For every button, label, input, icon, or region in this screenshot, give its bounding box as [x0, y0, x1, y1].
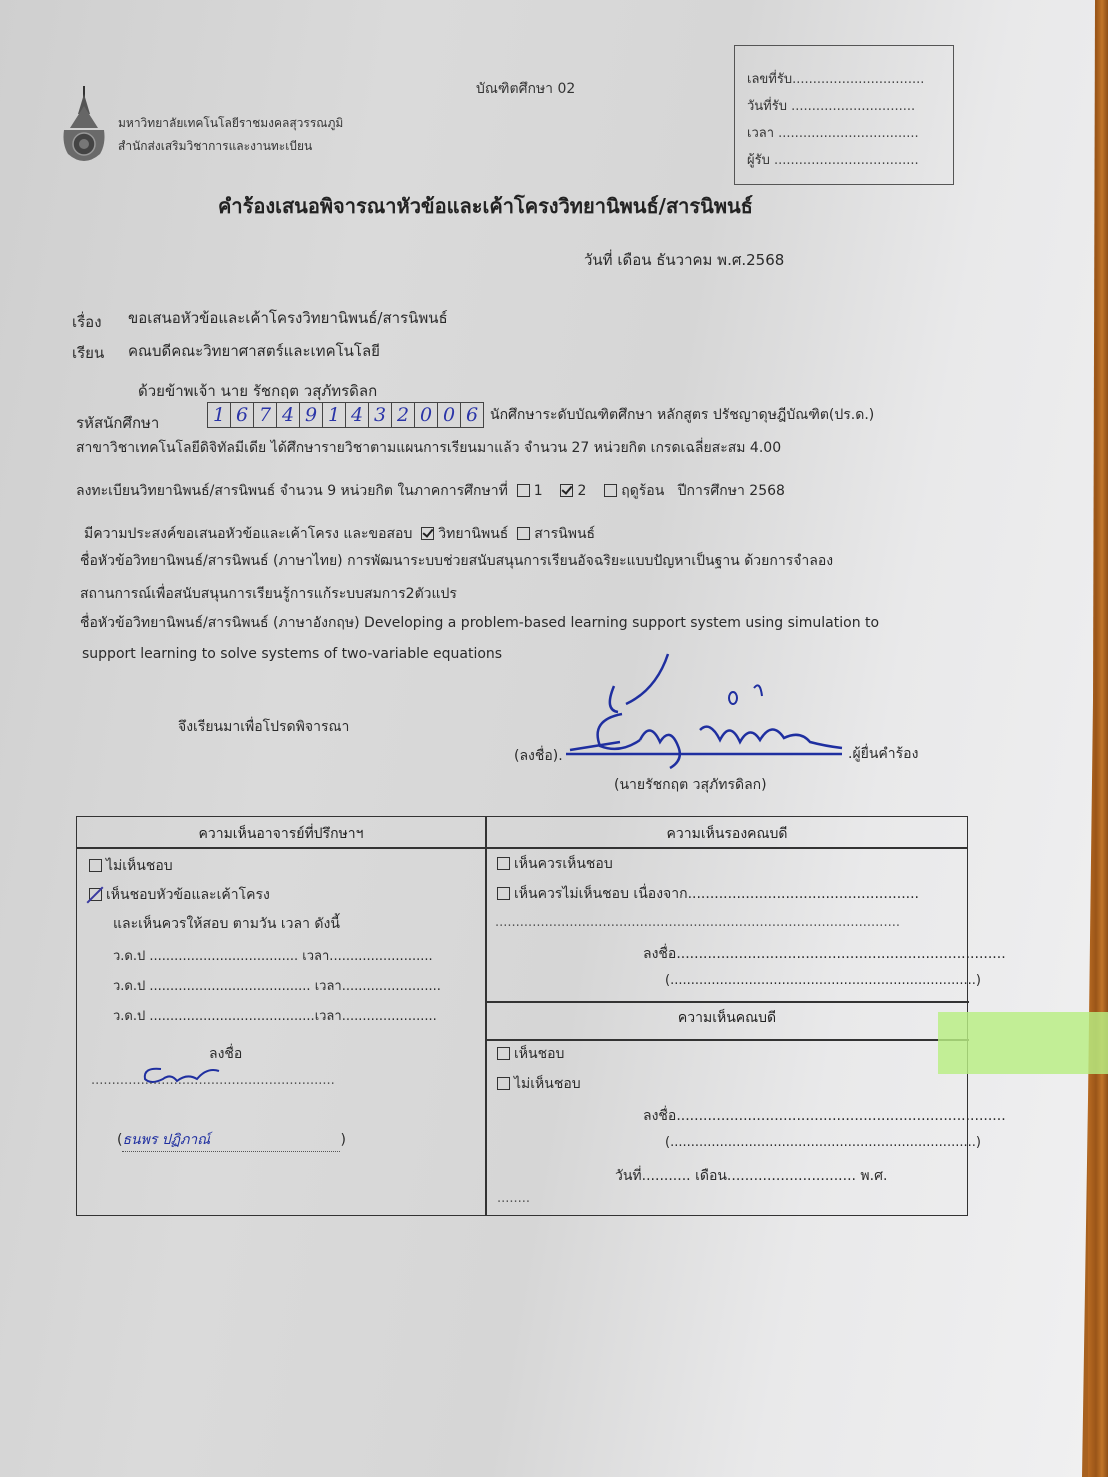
advisor-option-reject: ไม่เห็นชอบ	[89, 855, 173, 877]
schedule-row[interactable]: ว.ด.ป ..................................…	[113, 945, 433, 966]
field-label: เวลา	[747, 126, 774, 141]
advisor-header: ความเห็นอาจารย์ที่ปรึกษาฯ	[77, 823, 485, 845]
subject-label: เรื่อง	[72, 310, 102, 334]
receipt-time-field[interactable]: เวลา ..................................	[747, 122, 919, 143]
semester-1-checkbox[interactable]	[517, 484, 530, 497]
receiver-field[interactable]: ผู้รับ .................................…	[747, 149, 919, 170]
advisor-option-approve: เห็นชอบหัวข้อและเค้าโครง	[89, 884, 270, 906]
field-dots: ..............................	[791, 99, 915, 114]
student-id-label: รหัสนักศึกษา	[76, 411, 159, 435]
program-text: นักศึกษาระดับบัณฑิตศึกษา หลักสูตร ปรัชญา…	[490, 404, 874, 426]
dean-reject-checkbox[interactable]	[497, 1077, 510, 1090]
registration-line: ลงทะเบียนวิทยานิพนธ์/สารนิพนธ์ จำนวน 9 ห…	[76, 480, 785, 502]
assoc-reject-checkbox[interactable]	[497, 887, 510, 900]
receipt-box: เลขที่รับ...............................…	[734, 45, 954, 185]
recipient-text: คณบดีคณะวิทยาศาสตร์และเทคโนโลยี	[128, 339, 380, 363]
student-id-digit: 0	[438, 403, 461, 427]
advisor-reject-label: ไม่เห็นชอบ	[106, 858, 173, 874]
thesis-checkbox[interactable]	[421, 527, 434, 540]
student-id-digit: 6	[461, 403, 483, 427]
subject-text: ขอเสนอหัวข้อและเค้าโครงวิทยานิพนธ์/สารนิ…	[128, 306, 448, 330]
schedule-date: ว.ด.ป ..................................…	[113, 949, 298, 964]
dean-approve-label: เห็นชอบ	[514, 1046, 564, 1062]
schedule-date: ว.ด.ป ..................................…	[113, 1009, 315, 1024]
english-title-line-1: ชื่อหัวข้อวิทยานิพนธ์/สารนิพนธ์ (ภาษาอัง…	[80, 612, 879, 634]
advisor-approve-checkbox[interactable]	[89, 888, 102, 901]
university-emblem-icon	[58, 84, 110, 168]
student-id-digit: 1	[208, 403, 231, 427]
student-id-field[interactable]: 1 6 7 4 9 1 4 3 2 0 0 6	[207, 402, 484, 428]
student-id-digit: 4	[346, 403, 369, 427]
paren-close: )	[340, 1132, 345, 1148]
assoc-name-line[interactable]: (.......................................…	[665, 973, 981, 988]
dean-date-line[interactable]: วันที่........... เดือน.................…	[615, 1165, 887, 1187]
form-paper: มหาวิทยาลัยเทคโนโลยีราชมงคลสุวรรณภูมิ สำ…	[0, 0, 1096, 1477]
sticky-tape	[938, 1012, 1108, 1074]
independent-study-label: สารนิพนธ์	[534, 526, 595, 542]
applicant-name: (นายรัชกฤต วสุภัทรดิลก)	[614, 774, 767, 796]
english-title-text: Developing a problem-based learning supp…	[364, 615, 879, 631]
dean-name-line[interactable]: (.......................................…	[665, 1135, 981, 1150]
applicant-signature	[560, 650, 850, 770]
date-line: วันที่ เดือน ธันวาคม พ.ศ.2568	[584, 248, 784, 272]
thai-title-text: การพัฒนาระบบช่วยสนับสนุนการเรียนอัจฉริยะ…	[347, 553, 833, 569]
applicant-intro: ด้วยข้าพเจ้า นาย รัชกฤต วสุภัทรดิลก	[138, 379, 377, 403]
student-id-digit: 9	[300, 403, 323, 427]
assoc-approve-checkbox[interactable]	[497, 857, 510, 870]
dean-header: ความเห็นคณบดี	[485, 1007, 969, 1029]
advisor-name: ธนพร ปฏิภาณ์	[122, 1129, 340, 1152]
field-dots: ................................	[792, 72, 924, 87]
office-name: สำนักส่งเสริมวิชาการและงานทะเบียน	[118, 137, 312, 156]
document-title: คำร้องเสนอพิจารณาหัวข้อและเค้าโครงวิทยาน…	[218, 190, 753, 222]
dean-section-top-divider	[485, 1001, 969, 1003]
schedule-intro: และเห็นควรให้สอบ ตามวัน เวลา ดังนี้	[113, 913, 340, 935]
summer-label: ฤดูร้อน	[621, 483, 664, 499]
thai-title-line-1: ชื่อหัวข้อวิทยานิพนธ์/สารนิพนธ์ (ภาษาไทย…	[80, 550, 833, 572]
form-code: บัณฑิตศึกษา 02	[476, 78, 575, 100]
semester-1-label: 1	[534, 483, 543, 499]
student-id-digit: 4	[277, 403, 300, 427]
student-id-digit: 3	[369, 403, 392, 427]
assoc-approve-label: เห็นควรเห็นชอบ	[514, 856, 613, 872]
thai-title-line-2: สถานการณ์เพื่อสนับสนุนการเรียนรู้การแก้ร…	[80, 583, 457, 605]
student-id-digit: 2	[392, 403, 415, 427]
assoc-sign-line[interactable]: ลงชื่อ..................................…	[643, 943, 1006, 965]
schedule-row[interactable]: ว.ด.ป ..................................…	[113, 1005, 437, 1026]
opinion-table: ความเห็นอาจารย์ที่ปรึกษาฯ ไม่เห็นชอบ เห็…	[76, 816, 968, 1216]
applicant-label: .ผู้ยื่นคำร้อง	[848, 743, 918, 765]
student-id-digit: 7	[254, 403, 277, 427]
field-dots: ..................................	[778, 126, 919, 141]
receipt-number-field[interactable]: เลขที่รับ...............................…	[747, 68, 924, 89]
assoc-option-approve: เห็นควรเห็นชอบ	[497, 853, 613, 875]
schedule-time: เวลา.........................	[302, 949, 432, 964]
advisor-sign-line[interactable]: ........................................…	[91, 1073, 335, 1088]
header-divider	[77, 847, 967, 849]
university-name: มหาวิทยาลัยเทคโนโลยีราชมงคลสุวรรณภูมิ	[118, 114, 343, 133]
associate-dean-header: ความเห็นรองคณบดี	[485, 823, 969, 845]
dean-approve-checkbox[interactable]	[497, 1047, 510, 1060]
dean-option-approve: เห็นชอบ	[497, 1043, 564, 1065]
sign-label: (ลงชื่อ).	[514, 745, 563, 767]
summer-checkbox[interactable]	[604, 484, 617, 497]
advisor-approve-label: เห็นชอบหัวข้อและเค้าโครง	[106, 887, 270, 903]
intent-text: มีความประสงค์ขอเสนอหัวข้อและเค้าโครง และ…	[84, 526, 412, 542]
recipient-label: เรียน	[72, 341, 104, 365]
english-title-label: ชื่อหัวข้อวิทยานิพนธ์/สารนิพนธ์ (ภาษาอัง…	[80, 615, 360, 631]
semester-2-label: 2	[577, 483, 586, 499]
dean-header-divider	[485, 1039, 969, 1041]
dean-sign-line[interactable]: ลงชื่อ..................................…	[643, 1105, 1006, 1127]
dean-reject-label: ไม่เห็นชอบ	[514, 1076, 581, 1092]
schedule-date: ว.ด.ป ..................................…	[113, 979, 311, 994]
field-label: ผู้รับ	[747, 153, 770, 168]
schedule-time: เวลา.......................	[315, 1009, 437, 1024]
assoc-reason-field[interactable]: ........................................…	[688, 886, 919, 902]
assoc-reject-label: เห็นควรไม่เห็นชอบ เนื่องจาก	[514, 886, 688, 902]
thai-title-label: ชื่อหัวข้อวิทยานิพนธ์/สารนิพนธ์ (ภาษาไทย…	[80, 553, 343, 569]
assoc-option-reject: เห็นควรไม่เห็นชอบ เนื่องจาก.............…	[497, 883, 919, 905]
dean-option-reject: ไม่เห็นชอบ	[497, 1073, 581, 1095]
field-label: วันที่รับ	[747, 99, 787, 114]
advisor-name-line: (ธนพร ปฏิภาณ์)	[117, 1129, 346, 1152]
student-id-digit: 6	[231, 403, 254, 427]
intent-line: มีความประสงค์ขอเสนอหัวข้อและเค้าโครง และ…	[84, 523, 595, 545]
major-credits-text: สาขาวิชาเทคโนโลยีดิจิทัลมีเดีย ได้ศึกษาร…	[76, 437, 781, 459]
receipt-date-field[interactable]: วันที่รับ ..............................	[747, 95, 915, 116]
field-dots: ...................................	[774, 153, 919, 168]
schedule-time: เวลา........................	[315, 979, 441, 994]
academic-year: ปีการศึกษา 2568	[678, 483, 785, 499]
thesis-label: วิทยานิพนธ์	[438, 526, 508, 542]
advisor-reject-checkbox[interactable]	[89, 859, 102, 872]
student-id-digit: 0	[415, 403, 438, 427]
registration-text: ลงทะเบียนวิทยานิพนธ์/สารนิพนธ์ จำนวน 9 ห…	[76, 483, 508, 499]
student-id-digit: 1	[323, 403, 346, 427]
independent-study-checkbox[interactable]	[517, 527, 530, 540]
dean-trailing-dots: ........	[497, 1191, 530, 1206]
closing-text: จึงเรียนมาเพื่อโปรดพิจารณา	[178, 716, 349, 738]
field-label: เลขที่รับ	[747, 72, 792, 87]
semester-2-checkbox[interactable]	[560, 484, 573, 497]
english-title-line-2: support learning to solve systems of two…	[82, 646, 502, 662]
schedule-row[interactable]: ว.ด.ป ..................................…	[113, 975, 441, 996]
assoc-reason-line[interactable]: ........................................…	[495, 915, 900, 930]
